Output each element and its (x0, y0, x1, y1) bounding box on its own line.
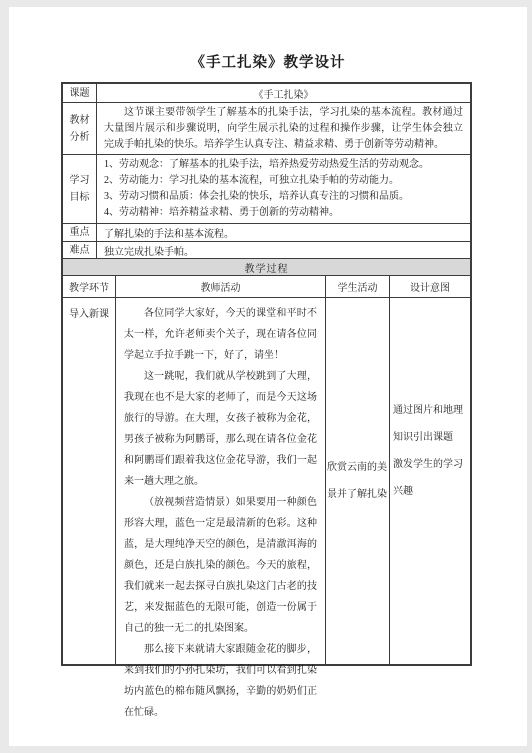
col-header-design-intent: 设计意图 (390, 276, 470, 297)
teacher-paragraph: 各位同学大家好，今天的课堂和平时不太一样，允许老师卖个关子，现在请各位同学起立手… (124, 303, 317, 366)
design-intent-line: 通过图片和地理知识引出课题 (393, 397, 467, 451)
material-analysis-label: 教材分析 (63, 103, 97, 154)
document-page: 《手工扎染》教学设计 课题 《手工扎染》 教材分析 这节课主要带领学生了解基本的… (9, 7, 527, 746)
teacher-paragraph: （放视频营造情景）如果要用一种颜色形容大理，蓝色一定是最清新的色彩。这种蓝，是大… (124, 492, 317, 639)
teacher-paragraph: 那么接下来就请大家跟随金花的脚步，来到我们的小孙扎染坊，我们可以看到扎染坊内蓝色… (124, 639, 317, 723)
teacher-activity-cell: 各位同学大家好，今天的课堂和平时不太一样，允许老师卖个关子，现在请各位同学起立手… (116, 298, 326, 664)
design-intent-cell: 通过图片和地理知识引出课题 激发学生的学习兴趣 (390, 298, 470, 664)
key-point-value: 了解扎染的手法和基本流程。 (97, 224, 470, 241)
process-row-intro: 导入新课 各位同学大家好，今天的课堂和平时不太一样，允许老师卖个关子，现在请各位… (63, 298, 470, 664)
difficult-point-label: 难点 (63, 242, 97, 258)
col-header-stage: 教学环节 (63, 276, 116, 297)
student-activity-cell: 欣赏云南的美景并了解扎染 (326, 298, 390, 664)
goal-item: 1、劳动观念：了解基本的扎染手法，培养热爱劳动热爱生活的劳动观念。 (104, 157, 463, 173)
learning-goals-label: 学习目标 (63, 155, 97, 223)
col-header-teacher-activity: 教师活动 (116, 276, 326, 297)
goal-item: 4、劳动精神：培养精益求精、勇于创新的劳动精神。 (104, 205, 463, 221)
material-analysis-text: 这节课主要带领学生了解基本的扎染手法，学习扎染的基本流程。教材通过大量图片展示和… (104, 105, 463, 153)
col-header-student-activity: 学生活动 (326, 276, 390, 297)
table-row-learning-goals: 学习目标 1、劳动观念：了解基本的扎染手法，培养热爱劳动热爱生活的劳动观念。 2… (63, 155, 470, 224)
process-section-header: 教学过程 (63, 259, 470, 276)
table-row-difficult-point: 难点 独立完成扎染手帕。 (63, 242, 470, 259)
page-title: 《手工扎染》教学设计 (9, 51, 527, 72)
teacher-paragraph: 这一跳呢，我们就从学校跳到了大理，我现在也不是大家的老师了，而是今天这场旅行的导… (124, 366, 317, 492)
lesson-plan-table: 课题 《手工扎染》 教材分析 这节课主要带领学生了解基本的扎染手法，学习扎染的基… (61, 82, 472, 666)
key-point-label: 重点 (63, 224, 97, 241)
stage-cell: 导入新课 (63, 298, 116, 664)
process-column-header-row: 教学环节 教师活动 学生活动 设计意图 (63, 276, 470, 298)
student-activity-text: 欣赏云南的美景并了解扎染 (327, 454, 388, 508)
topic-value: 《手工扎染》 (97, 84, 470, 102)
table-row-material-analysis: 教材分析 这节课主要带领学生了解基本的扎染手法，学习扎染的基本流程。教材通过大量… (63, 103, 470, 155)
goal-item: 2、劳动能力：学习扎染的基本流程，可独立扎染手帕的劳动能力。 (104, 173, 463, 189)
design-intent-line: 激发学生的学习兴趣 (393, 451, 467, 505)
topic-label: 课题 (63, 84, 97, 102)
goal-item: 3、劳动习惯和品质：体会扎染的快乐，培养认真专注的习惯和品质。 (104, 189, 463, 205)
material-analysis-value: 这节课主要带领学生了解基本的扎染手法，学习扎染的基本流程。教材通过大量图片展示和… (97, 103, 470, 154)
table-row-topic: 课题 《手工扎染》 (63, 84, 470, 103)
learning-goals-value: 1、劳动观念：了解基本的扎染手法，培养热爱劳动热爱生活的劳动观念。 2、劳动能力… (97, 155, 470, 223)
difficult-point-value: 独立完成扎染手帕。 (97, 242, 470, 258)
table-row-key-point: 重点 了解扎染的手法和基本流程。 (63, 224, 470, 242)
